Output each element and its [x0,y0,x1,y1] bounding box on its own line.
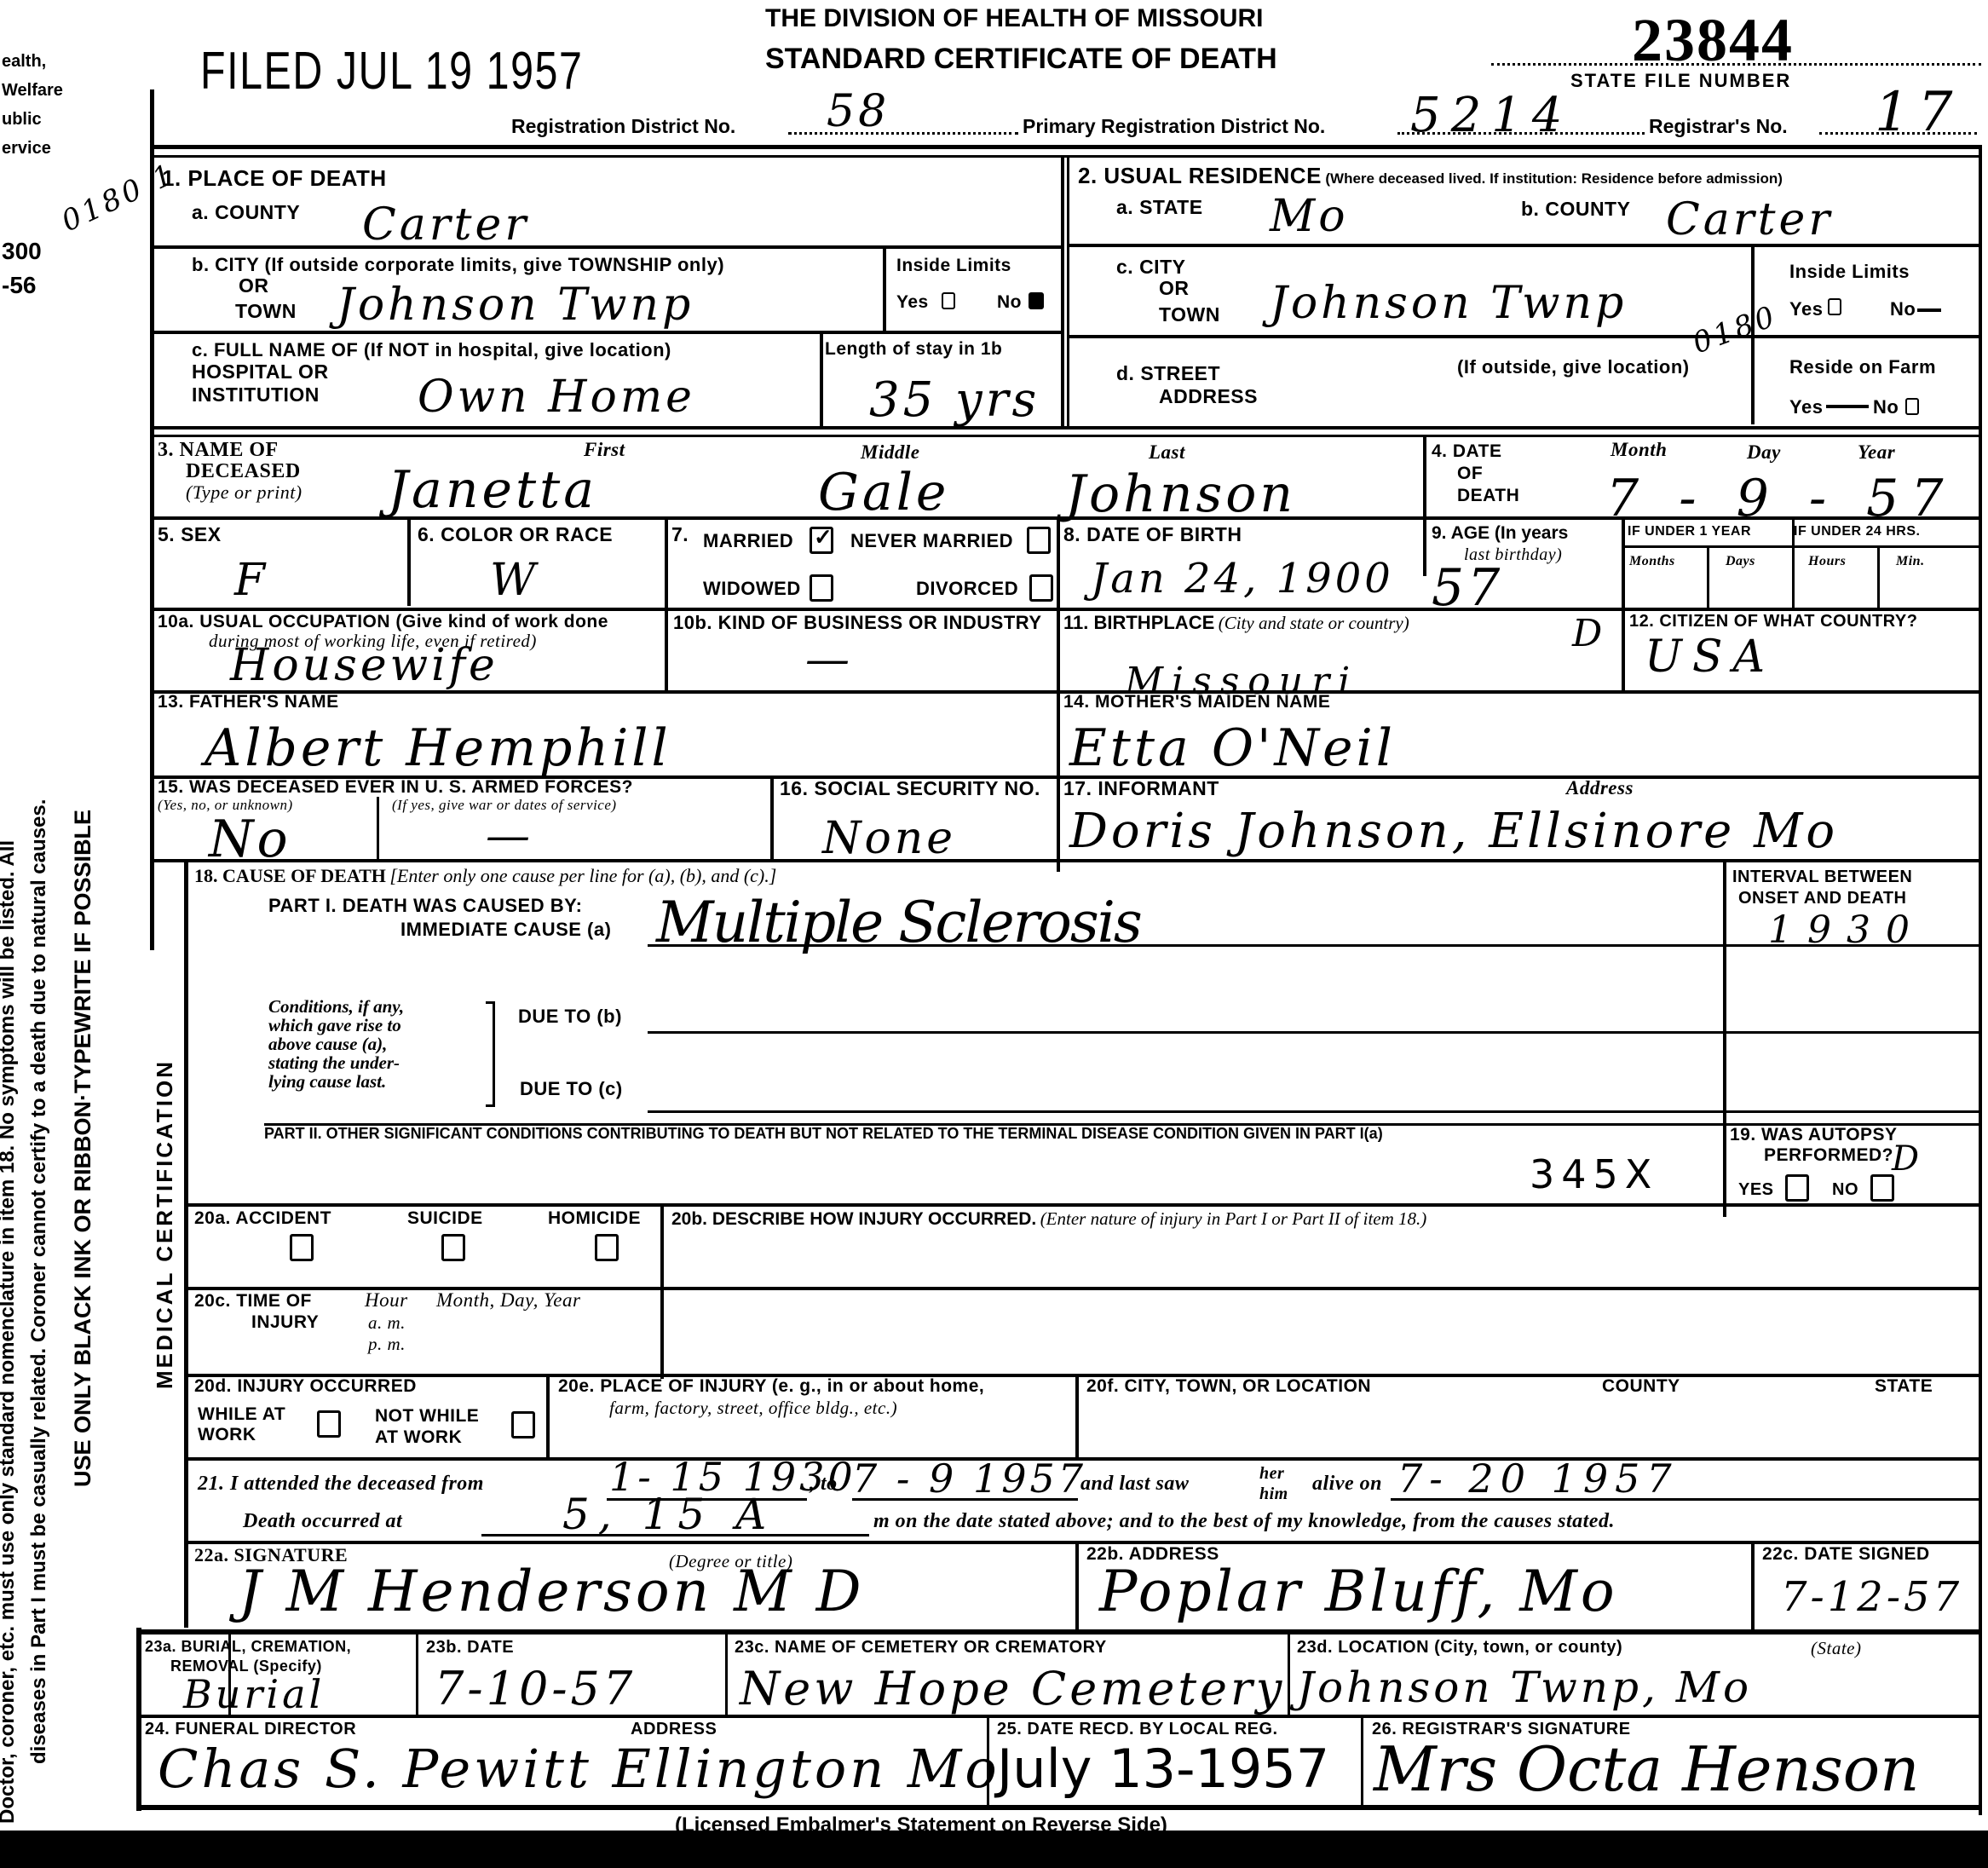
item23d-value[interactable]: Johnson Twnp, Mo [1297,1666,1752,1709]
item1-inside-no-checkbox[interactable] [1029,292,1044,309]
item20e-label: 20e. PLACE OF INJURY (e. g., in or about… [558,1376,984,1397]
item2-inside-yes: Yes [1789,298,1823,320]
item20e-label2: farm, factory, street, office bldg., etc… [609,1398,897,1418]
conditions-line: lying cause last. [268,1072,404,1091]
conditions-line: Conditions, if any, [268,997,404,1016]
item18-interval-label: INTERVAL BETWEEN [1732,868,1912,887]
item13-value[interactable]: Albert Hemphill [205,723,671,774]
item1-hospital-label: c. FULL NAME OF (If NOT in hospital, giv… [192,339,671,360]
item1-inside-limits-label: Inside Limits [896,256,1011,276]
item1-hospital-value[interactable]: Own Home [418,375,695,419]
item14-label: 14. MOTHER'S MAIDEN NAME [1063,692,1330,712]
item2-farm-label: Reside on Farm [1789,356,1936,378]
margin-instructions-1: Doctor, coroner, etc. must use only stan… [0,840,20,1824]
item3-middle-label: Middle [861,441,919,464]
item3-label2: DECEASED [186,460,301,484]
item2-row-b [1067,335,1980,338]
item7-divorced-checkbox[interactable] [1029,574,1053,602]
medical-left-border [184,861,188,1628]
item2-state-value[interactable]: Mo [1270,194,1349,239]
item20f-label: 20f. CITY, TOWN, OR LOCATION [1086,1376,1371,1397]
item20b-note: (Enter nature of injury in Part I or Par… [1040,1208,1427,1229]
item3-last-value[interactable]: Johnson [1065,469,1296,520]
item16-label: 16. SOCIAL SECURITY NO. [780,777,1040,799]
form-code: 300 -56 [2,234,42,303]
item18-due-c-label: DUE TO (c) [520,1078,623,1099]
scan-edge-bar [0,1831,1988,1868]
form-code-line: -56 [2,268,42,303]
item17-value[interactable]: Doris Johnson, Ellsinore Mo [1069,808,1838,856]
item1-inside-no: No [997,292,1022,313]
dept-line: ublic [2,105,63,134]
item2-city-value[interactable]: Johnson Twnp [1270,281,1627,326]
item2-street-label2: ADDRESS [1159,385,1258,407]
item18-interval-label2: ONSET AND DEATH [1738,889,1907,908]
item20a-suicide: SUICIDE [407,1208,483,1229]
item22a-signature[interactable]: J M Henderson M D [239,1564,865,1620]
item1-city-label: b. CITY (If outside corporate limits, gi… [192,254,724,275]
item2-inside-yes-checkbox[interactable] [1828,298,1841,315]
item20c-pm: p. m. [368,1334,406,1354]
armed-ssn-split [770,775,774,861]
item1-county-value[interactable]: Carter [362,203,529,247]
interval-split [1723,859,1726,1217]
item22c-value[interactable]: 7-12-57 [1781,1577,1962,1617]
occ-business-split [665,608,668,693]
address-date-split [1751,1541,1755,1634]
item20d-notwhile-checkbox[interactable] [511,1411,535,1438]
item20a-homicide: HOMICIDE [548,1208,641,1229]
item1-inside-limits-split [883,245,886,331]
state-file-number-label: STATE FILE NUMBER [1570,70,1791,92]
item13-label: 13. FATHER'S NAME [158,692,339,712]
item25-value[interactable]: July 13-1957 [997,1743,1329,1796]
item8-value[interactable]: Jan 24, 1900 [1091,558,1394,599]
sex-row-bottom [150,608,1982,611]
item7-never-married-checkbox[interactable] [1027,527,1051,554]
real-23b-23c-split [725,1629,728,1715]
item20a-label: 20a. ACCIDENT [194,1208,331,1229]
row-22-bottom [136,1629,1982,1634]
item18-due-b-label: DUE TO (b) [518,1006,622,1027]
row-end-1-2 [150,426,1982,430]
item6-value[interactable]: W [490,558,539,602]
item2-inside-limits-label: Inside Limits [1789,261,1910,282]
item21-to-label: , to [810,1473,838,1496]
item9-days: Days [1726,554,1755,569]
sex-race-split [407,516,411,606]
item1-hospital-label2: HOSPITAL OR [192,360,329,383]
form-left-border [150,89,154,950]
item18-part1: PART I. DEATH WAS CAUSED BY: [268,895,582,916]
item21-death-occurred-label: Death occurred at [243,1510,402,1534]
form-left-border-lower [136,1628,141,1811]
item9-min: Min. [1896,554,1925,569]
name-date-split [1423,435,1426,520]
registrars-no-label: Registrar's No. [1649,115,1788,138]
item20d-notwhile: NOT WHILE [375,1406,479,1427]
item16-value[interactable]: None [822,816,956,861]
item20d-notwhile2: AT WORK [375,1427,462,1448]
item8-label: 8. DATE OF BIRTH [1063,523,1242,545]
item19-label2: PERFORMED? [1764,1145,1893,1166]
armed-row-bottom [150,859,1982,862]
item2-title: 2. USUAL RESIDENCE (Where deceased lived… [1078,164,1783,189]
real-23c-23d-split [1288,1629,1290,1715]
row-21-bottom [184,1541,1982,1544]
marital-dob-split [1057,516,1060,610]
conditions-bracket [486,1001,495,1107]
item1-length-split [820,331,823,429]
birthplace-citizen-split [1622,608,1625,693]
item1-row-b [150,331,1062,334]
item23b-value[interactable]: 7-10-57 [435,1666,636,1712]
item3-first-value[interactable]: Janetta [388,464,597,516]
item15-war-value[interactable]: — [486,814,533,858]
item3-last-label: Last [1149,441,1185,464]
item7-label: 7. [671,523,689,545]
item15-value[interactable]: No [209,814,291,865]
item5-value[interactable]: F [234,558,268,602]
item20c-mdy: Month, Day, Year [436,1289,580,1312]
item2-county-label: b. COUNTY [1521,198,1630,220]
row-end-1-2b [150,435,1982,437]
item3-first-label: First [584,439,625,461]
col-split-1-2 [1061,155,1064,428]
item7-married: MARRIED [703,530,793,551]
item19-margin-mark: D [1892,1142,1922,1176]
item20f-state: STATE [1875,1376,1933,1397]
item24-address-label: ADDRESS [631,1720,717,1739]
item21-her: her [1259,1464,1284,1484]
item4-year-label: Year [1858,441,1895,464]
item1-title: 1. PLACE OF DEATH [162,166,387,192]
item1-inside-yes: Yes [896,292,929,313]
injury-20a-20b-split [660,1203,664,1379]
conditions-line: which gave rise to [268,1016,404,1035]
item12-label: 12. CITIZEN OF WHAT COUNTRY? [1629,612,1917,631]
injury-20d-20e-split [546,1374,550,1459]
margin-department-text: ealth, Welfare ublic ervice [2,47,63,163]
item11-label-note: (City and state or country) [1219,613,1409,633]
item2-farm-no-checkbox[interactable] [1905,398,1919,415]
item21-statement: m on the date stated above; and to the b… [873,1510,1615,1534]
item2-street-label: d. STREET [1116,362,1220,384]
item1-hospital-label3: INSTITUTION [192,383,320,406]
item18-label-note: [Enter only one cause per line for (a), … [389,865,776,886]
injury-20e-20f-split [1075,1374,1079,1459]
item2-street-note: (If outside, give location) [1457,356,1690,378]
item9-label: 9. AGE (In years [1432,523,1568,544]
item3-middle-value[interactable]: Gale [818,467,949,518]
row-20c-bottom [184,1374,1982,1377]
item20a-accident-checkbox[interactable] [290,1234,314,1261]
item17-label: 17. INFORMANT [1063,777,1219,799]
item22c-label: 22c. DATE SIGNED [1762,1544,1930,1565]
item7-divorced: DIVORCED [916,578,1018,599]
item1-city-town: TOWN [235,300,297,322]
item6-label: 6. COLOR OR RACE [418,523,613,545]
armed-sub-split [377,797,379,861]
item26-value[interactable]: Mrs Octa Henson [1374,1738,1920,1800]
registrars-no-value: 17 [1875,85,1961,140]
cause-c-line [648,1110,1980,1113]
item17-address-label: Address [1566,777,1634,799]
item2-inside-no-strike [1917,308,1941,312]
item23b-label: 23b. DATE [426,1638,514,1658]
item2-city-town: TOWN [1159,303,1220,326]
item4-label2: OF [1457,464,1483,484]
certificate-title: STANDARD CERTIFICATE OF DEATH [765,43,1277,76]
item9-hours: Hours [1808,554,1846,569]
item1-length-value[interactable]: 35 yrs [869,377,1040,424]
item4-day-label: Day [1747,441,1781,464]
form-right-border [1979,145,1982,1815]
state-file-number-line [1491,63,1981,66]
item25-label: 25. DATE RECD. BY LOCAL REG. [997,1720,1278,1739]
item9-label-text: 9. AGE (In years [1432,523,1568,543]
item11-label-text: 11. BIRTHPLACE [1063,612,1214,633]
item18-immediate-label: IMMEDIATE CAUSE (a) [400,919,611,940]
item2-state-label: a. STATE [1116,196,1203,218]
item1-city-value[interactable]: Johnson Twnp [337,283,694,327]
registration-district-line [788,132,1018,135]
primary-district-label: Primary Registration District No. [1023,115,1325,138]
item23a-label: 23a. BURIAL, CREMATION, [145,1638,351,1656]
dept-line: ervice [2,134,63,163]
item21-alive-on-label: alive on [1312,1473,1382,1496]
item12-value[interactable]: USA [1645,635,1775,679]
under24-hours-min [1877,547,1880,610]
item20d-while: WHILE AT [198,1404,285,1425]
item21-him: him [1259,1485,1288,1504]
item20d-label: 20d. INJURY OCCURRED [194,1376,417,1397]
item19-yes-checkbox[interactable] [1785,1174,1809,1202]
item2-city-label: c. CITY [1116,256,1185,278]
item23a-value[interactable]: Burial [183,1675,325,1714]
dept-line: ealth, [2,47,63,76]
item2-margin-note: 0180 [1689,301,1781,358]
item9-under24-label: IF UNDER 24 HRS. [1794,524,1920,539]
item7-never-married: NEVER MARRIED [850,530,1013,551]
item21-last-saw-label: and last saw [1080,1473,1189,1496]
item20a-homicide-checkbox[interactable] [595,1234,619,1261]
item23d-state-label: (State) [1811,1638,1861,1658]
item22b-value[interactable]: Poplar Bluff, Mo [1099,1564,1618,1620]
item19-no-checkbox[interactable] [1870,1174,1894,1202]
item21-time-value[interactable]: 5, 15 A [562,1493,775,1536]
top-rule-2 [150,155,1982,158]
item7-widowed: WIDOWED [703,578,801,599]
item21-to-value[interactable]: 7 - 9 1957 [852,1459,1086,1498]
item4-label: 4. DATE [1432,441,1501,462]
item10b-value[interactable]: — [805,637,853,682]
cause-b-line [648,1031,1980,1034]
item4-label3: DEATH [1457,486,1519,506]
item7-married-checkbox[interactable]: ✓ [810,527,833,554]
item1-city-or: OR [239,274,269,297]
item2-title-text: 2. USUAL RESIDENCE [1078,163,1322,188]
item9-value[interactable]: 57 [1432,562,1503,614]
item4-month-label: Month [1611,439,1667,461]
conditions-line: stating the under- [268,1053,404,1072]
25-26-split [1361,1715,1363,1808]
item1-inside-yes-checkbox[interactable] [942,292,955,309]
item20b-label-text: 20b. DESCRIBE HOW INJURY OCCURRED. [671,1209,1036,1229]
item18-label: 18. CAUSE OF DEATH [Enter only one cause… [194,865,776,887]
item18-label-text: 18. CAUSE OF DEATH [194,865,386,886]
registration-district-value: 58 [827,89,890,134]
item20d-while-checkbox[interactable] [317,1410,341,1438]
item11-margin-mark: D [1572,615,1605,653]
item18-part2-label: PART II. OTHER SIGNIFICANT CONDITIONS CO… [264,1125,1383,1143]
form-code-line: 300 [2,234,42,268]
item20c-label2: INJURY [251,1312,319,1333]
race-marital-split [665,516,668,610]
item3-label: 3. NAME OF [158,439,279,463]
margin-instructions-2: diseases in Part I must be casually rela… [27,799,51,1764]
item9-months: Months [1629,554,1675,569]
dob-age-split [1423,516,1426,576]
margin-ink-notice: USE ONLY BLACK INK OR RIBBON·TYPEWRITE I… [70,810,96,1487]
item23c-value[interactable]: New Hope Cemetery [740,1666,1285,1712]
item2-farm-yes: Yes [1789,396,1823,418]
under-header-line [1622,545,1979,548]
item1-county-label: a. COUNTY [192,201,300,223]
item20f-county: COUNTY [1602,1376,1680,1397]
item1-row-a [150,245,1062,249]
top-rule [150,145,1982,149]
item18-interval-value[interactable]: 1930 [1768,912,1925,949]
age-under1-split [1622,516,1625,610]
item15-label: 15. WAS DECEASED EVER IN U. S. ARMED FOR… [158,777,633,798]
item23c-label: 23c. NAME OF CEMETERY OR CREMATORY [735,1638,1107,1658]
division-title: THE DIVISION OF HEALTH OF MISSOURI [765,4,1263,33]
item18-immediate-value[interactable]: Multiple Sclerosis [656,895,1141,951]
item19-yes: YES [1738,1180,1774,1200]
form-bottom [136,1805,1982,1810]
real-23a-23b-split [416,1629,418,1715]
item2-county-value[interactable]: Carter [1666,198,1833,242]
item19-label: 19. WAS AUTOPSY [1730,1125,1898,1145]
registration-district-label: Registration District No. [511,115,735,138]
item7-widowed-checkbox[interactable] [810,574,833,602]
medical-certification-label: MEDICAL CERTIFICATION [152,1059,178,1389]
item14-value[interactable]: Etta O'Neil [1069,723,1396,774]
item21-attended-label: 21. I attended the deceased from [198,1473,484,1496]
business-birthplace-split [1057,608,1060,872]
sig-address-split [1075,1541,1079,1634]
item2-row-a [1067,244,1980,247]
item4-value[interactable]: 7 - 9 - 57 [1606,473,1956,524]
item18-part2-code[interactable]: 345X [1530,1155,1658,1194]
item11-label: 11. BIRTHPLACE (City and state or countr… [1063,612,1409,634]
check-mark-icon: ✓ [814,524,833,551]
item23d-label: 23d. LOCATION (City, town, or county) [1297,1638,1622,1658]
item24-label: 24. FUNERAL DIRECTOR [145,1720,356,1739]
conditions-line: above cause (a), [268,1035,404,1053]
item24-value[interactable]: Chas S. Pewitt Ellington Mo [158,1743,1000,1796]
item2-farm-no: No [1873,396,1899,418]
primary-district-value: 5214 [1410,92,1573,140]
item2-city-or: OR [1159,277,1190,299]
dept-line: Welfare [2,76,63,105]
item19-no: NO [1832,1180,1858,1200]
item2-farm-yes-strike [1826,405,1869,408]
item3-label3: (Type or print) [186,481,303,503]
item10a-label: 10a. USUAL OCCUPATION (Give kind of work… [158,612,608,632]
item20a-suicide-checkbox[interactable] [441,1234,465,1261]
item2-inside-no: No [1890,298,1916,320]
item10a-value[interactable]: Housewife [230,643,498,688]
filed-stamp: FILED JUL 19 1957 [200,41,583,101]
item20b-label: 20b. DESCRIBE HOW INJURY OCCURRED. (Ente… [671,1208,1426,1230]
item20c-am: a. m. [368,1312,406,1333]
cause-section-bottom [184,1203,1982,1207]
item20c-hour: Hour [365,1289,408,1312]
item18-conditions: Conditions, if any, which gave rise to a… [268,997,404,1091]
item1-length-label: Length of stay in 1b [825,339,1002,360]
item10b-label: 10b. KIND OF BUSINESS OR INDUSTRY [673,612,1042,633]
item21-alive-on-value[interactable]: 7- 20 1957 [1397,1459,1679,1498]
item20d-while2: WORK [198,1425,256,1445]
item20c-label: 20c. TIME OF [194,1291,312,1312]
under1-months-days [1707,547,1709,610]
item2-title-note: (Where deceased lived. If institution: R… [1325,170,1783,187]
item5-label: 5. SEX [158,523,222,545]
item9-under1-label: IF UNDER 1 YEAR [1628,524,1751,539]
col-split-1-2b [1067,155,1069,428]
